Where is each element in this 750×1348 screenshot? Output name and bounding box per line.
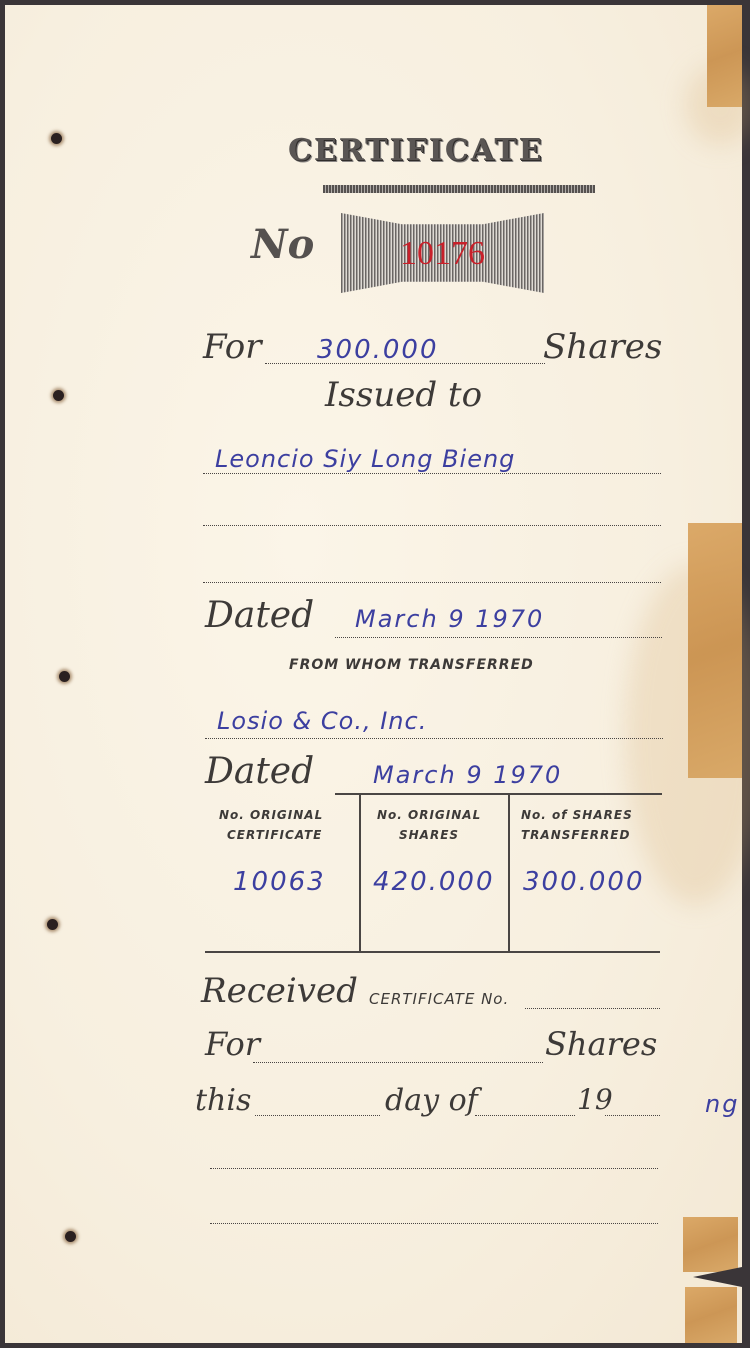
from-name-line: [205, 738, 663, 739]
dated-label: Dated: [205, 595, 314, 636]
title-ornament: [323, 185, 595, 193]
receipt-shares-label: Shares: [545, 1025, 657, 1063]
col-label: No. of SHARES: [521, 808, 633, 822]
col-label: TRANSFERRED: [521, 828, 630, 842]
dated-value: March 9 1970: [355, 605, 544, 633]
shares-label: Shares: [543, 327, 662, 367]
certificate-title: CERTIFICATE: [288, 133, 593, 185]
for-label: For: [203, 327, 261, 367]
receipt-shares-line: [253, 1062, 543, 1063]
blank-line: [203, 525, 661, 526]
shares-amount: 300.000: [317, 335, 439, 365]
original-certificate-value: 10063: [233, 867, 326, 897]
binder-hole: [65, 1231, 76, 1242]
col-label: No. ORIGINAL: [377, 808, 481, 822]
tape-strip-top: [707, 5, 742, 107]
signature-line: [210, 1168, 658, 1169]
transfer-dated-label: Dated: [205, 751, 314, 792]
day-of-label: day of: [385, 1083, 478, 1118]
table-divider: [508, 795, 510, 951]
original-shares-value: 420.000: [373, 867, 495, 897]
this-line: [255, 1115, 380, 1116]
certificate-number: 10176: [341, 235, 544, 273]
tape-strip-bottom-upper: [683, 1217, 738, 1272]
receipt-for-label: For: [205, 1025, 260, 1063]
col-label: No. ORIGINAL: [219, 808, 323, 822]
certificate-stub-page: CERTIFICATE No 10176 For 300.000 Shares …: [5, 5, 742, 1343]
issued-to-line: [203, 473, 661, 474]
received-label: Received: [201, 971, 358, 1011]
binder-hole: [51, 133, 62, 144]
blank-line: [203, 582, 661, 583]
certificate-no-label: CERTIFICATE No.: [369, 990, 509, 1008]
from-whom-heading: FROM WHOM TRANSFERRED: [289, 657, 534, 673]
year-prefix: 19: [577, 1083, 613, 1116]
tape-strip-middle: [688, 523, 742, 778]
transfer-dated-line: [335, 793, 662, 795]
table-bottom-line: [205, 951, 660, 953]
binder-hole: [59, 671, 70, 682]
col-label: CERTIFICATE: [227, 828, 322, 842]
received-certificate-line: [525, 1008, 660, 1009]
from-name: Losio & Co., Inc.: [217, 707, 427, 735]
binder-hole: [47, 919, 58, 930]
binder-hole: [53, 390, 64, 401]
shares-transferred-value: 300.000: [523, 867, 645, 897]
col-label: SHARES: [399, 828, 459, 842]
dated-line: [335, 637, 662, 638]
year-line: [605, 1115, 660, 1116]
number-prefix: No: [251, 221, 314, 268]
table-divider: [359, 795, 361, 951]
issued-to-name: Leoncio Siy Long Bieng: [215, 445, 515, 473]
issued-to-label: Issued to: [325, 375, 482, 415]
tape-strip-bottom-lower: [685, 1287, 737, 1343]
this-label: this: [195, 1083, 251, 1118]
margin-mark: ng: [705, 1090, 739, 1118]
transfer-dated-value: March 9 1970: [373, 761, 562, 789]
signature-line: [210, 1223, 658, 1224]
day-of-line: [475, 1115, 575, 1116]
